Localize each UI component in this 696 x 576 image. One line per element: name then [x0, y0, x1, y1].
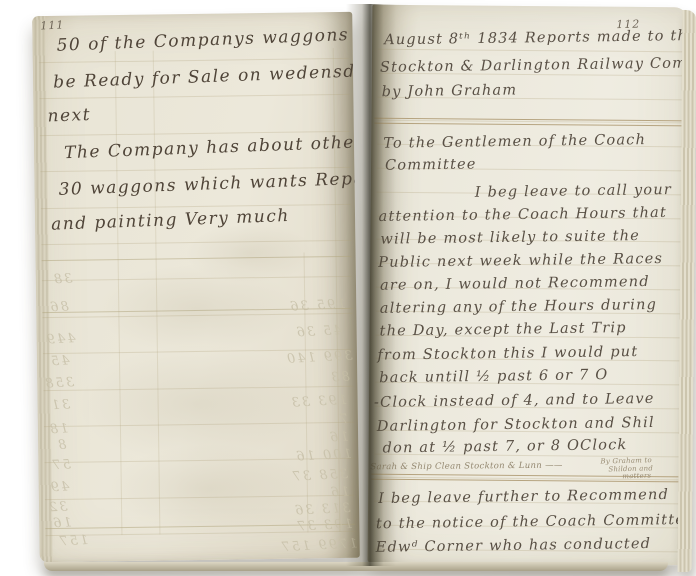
handwritten-line: next	[47, 105, 91, 127]
handwritten-line: 50 of the Companys waggons will	[56, 23, 360, 55]
handwritten-line: the Day, except the Last Trip	[380, 320, 627, 339]
handwritten-line: To the Gentlemen of the Coach	[383, 132, 646, 152]
handwritten-line: to the notice of the Coach Committee	[376, 512, 689, 532]
handwritten-line: and painting Very much	[51, 206, 290, 235]
left-page: 3886449453583118857493216157195 3645 363…	[32, 12, 360, 562]
handwritten-line: will be most likely to suite the	[380, 228, 640, 248]
handwritten-line: be Ready for Sale on wedensday	[53, 61, 360, 93]
handwritten-line: Edwᵈ Corner who has conducted	[376, 536, 652, 556]
handwritten-line: attention to the Coach Hours that	[379, 205, 668, 225]
handwritten-line: back untill ½ past 6 or 7 O	[379, 367, 608, 386]
handwritten-line: Darlington for Stockton and Shil	[377, 415, 655, 435]
interlined-annotation-note: matters	[622, 472, 651, 481]
handwritten-line: are on, I would not Recommend	[380, 274, 650, 294]
handwritten-line: August 8ᵗʰ 1834 Reports made to the	[384, 28, 688, 48]
left-page-handwriting: 50 of the Companys waggons willbe Ready …	[32, 12, 360, 562]
handwritten-line: don at ½ past 7, or 8 OClock	[382, 437, 627, 456]
handwritten-line: I beg leave further to Recommend	[378, 487, 669, 507]
handwritten-line: by John Graham	[382, 82, 518, 100]
handwritten-line: Stockton & Darlington Railway Committee	[380, 55, 689, 76]
handwritten-line: -Clock instead of 4, and to Leave	[374, 391, 655, 411]
handwritten-line: 30 waggons which wants Repairing	[58, 167, 359, 200]
photograph-background: 3886449453583118857493216157195 3645 363…	[0, 0, 696, 576]
handwritten-line: I beg leave to call your	[475, 182, 672, 201]
handwritten-line: altering any of the Hours during	[380, 297, 657, 317]
page-stack-edge-bottom	[44, 562, 668, 571]
right-page: 112 August 8ᵗʰ 1834 Reports made to theS…	[368, 5, 689, 566]
handwritten-line: Committee	[385, 157, 477, 174]
handwritten-line: Public next week while the Races	[378, 251, 663, 271]
handwritten-line: The Company has about other	[64, 132, 360, 163]
handwritten-line: from Stockton this I would put	[377, 344, 638, 364]
manuscript-book: 3886449453583118857493216157195 3645 363…	[28, 4, 682, 570]
right-page-handwriting: August 8ᵗʰ 1834 Reports made to theStock…	[368, 5, 689, 566]
interlined-annotation: Sarah & Ship Clean Stockton & Lunn ——	[370, 461, 562, 473]
